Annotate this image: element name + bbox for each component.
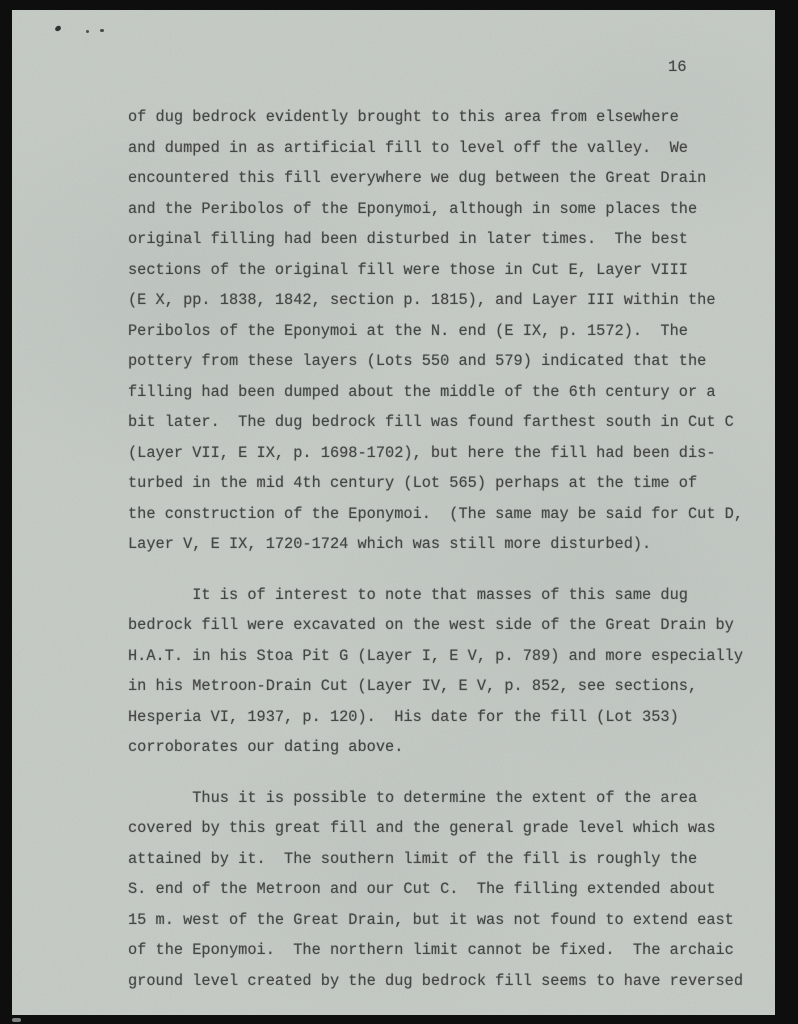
text-line: Peribolos of the Eponymoi at the N. end … (128, 316, 773, 347)
text-line: original filling had been disturbed in l… (128, 224, 773, 255)
scan-background: 16 of dug bedrock evidently brought to t… (0, 0, 798, 1024)
text-line: corroborates our dating above. (128, 732, 773, 763)
text-line: (Layer VII, E IX, p. 1698-1702), but her… (128, 438, 773, 469)
text-line: and dumped in as artificial fill to leve… (128, 133, 773, 164)
text-line: Hesperia VI, 1937, p. 120). His date for… (128, 702, 773, 733)
text-line: filling had been dumped about the middle… (128, 377, 773, 408)
speck-dot (54, 25, 61, 32)
text-line: Layer V, E IX, 1720-1724 which was still… (128, 529, 773, 560)
text-line: It is of interest to note that masses of… (128, 580, 773, 611)
text-line: pottery from these layers (Lots 550 and … (128, 346, 773, 377)
paragraph-2: It is of interest to note that masses of… (128, 580, 773, 763)
text-line: S. end of the Metroon and our Cut C. The… (128, 874, 773, 905)
text-line: in his Metroon-Drain Cut (Layer IV, E V,… (128, 671, 773, 702)
text-line: turbed in the mid 4th century (Lot 565) … (128, 468, 773, 499)
text-line: ground level created by the dug bedrock … (128, 966, 773, 997)
text-line: covered by this great fill and the gener… (128, 813, 773, 844)
text-line: encountered this fill everywhere we dug … (128, 163, 773, 194)
paragraph-1: of dug bedrock evidently brought to this… (128, 102, 773, 560)
speck-dot (100, 29, 104, 32)
page-number: 16 (668, 52, 687, 82)
text-line: of the Eponymoi. The northern limit cann… (128, 935, 773, 966)
text-line: of dug bedrock evidently brought to this… (128, 102, 773, 133)
document-page: 16 of dug bedrock evidently brought to t… (12, 10, 775, 1015)
speck-dot (86, 30, 89, 33)
paragraph-3: Thus it is possible to determine the ext… (128, 783, 773, 997)
text-line: bedrock fill were excavated on the west … (128, 610, 773, 641)
document-text: of dug bedrock evidently brought to this… (128, 102, 773, 996)
text-line: Thus it is possible to determine the ext… (128, 783, 773, 814)
text-line: the construction of the Eponymoi. (The s… (128, 499, 773, 530)
text-line: 15 m. west of the Great Drain, but it wa… (128, 905, 773, 936)
text-line: attained by it. The southern limit of th… (128, 844, 773, 875)
scan-edge-speck (12, 1018, 21, 1022)
text-line: (E X, pp. 1838, 1842, section p. 1815), … (128, 285, 773, 316)
text-line: bit later. The dug bedrock fill was foun… (128, 407, 773, 438)
text-line: and the Peribolos of the Eponymoi, altho… (128, 194, 773, 225)
text-line: H.A.T. in his Stoa Pit G (Layer I, E V, … (128, 641, 773, 672)
text-line: sections of the original fill were those… (128, 255, 773, 286)
